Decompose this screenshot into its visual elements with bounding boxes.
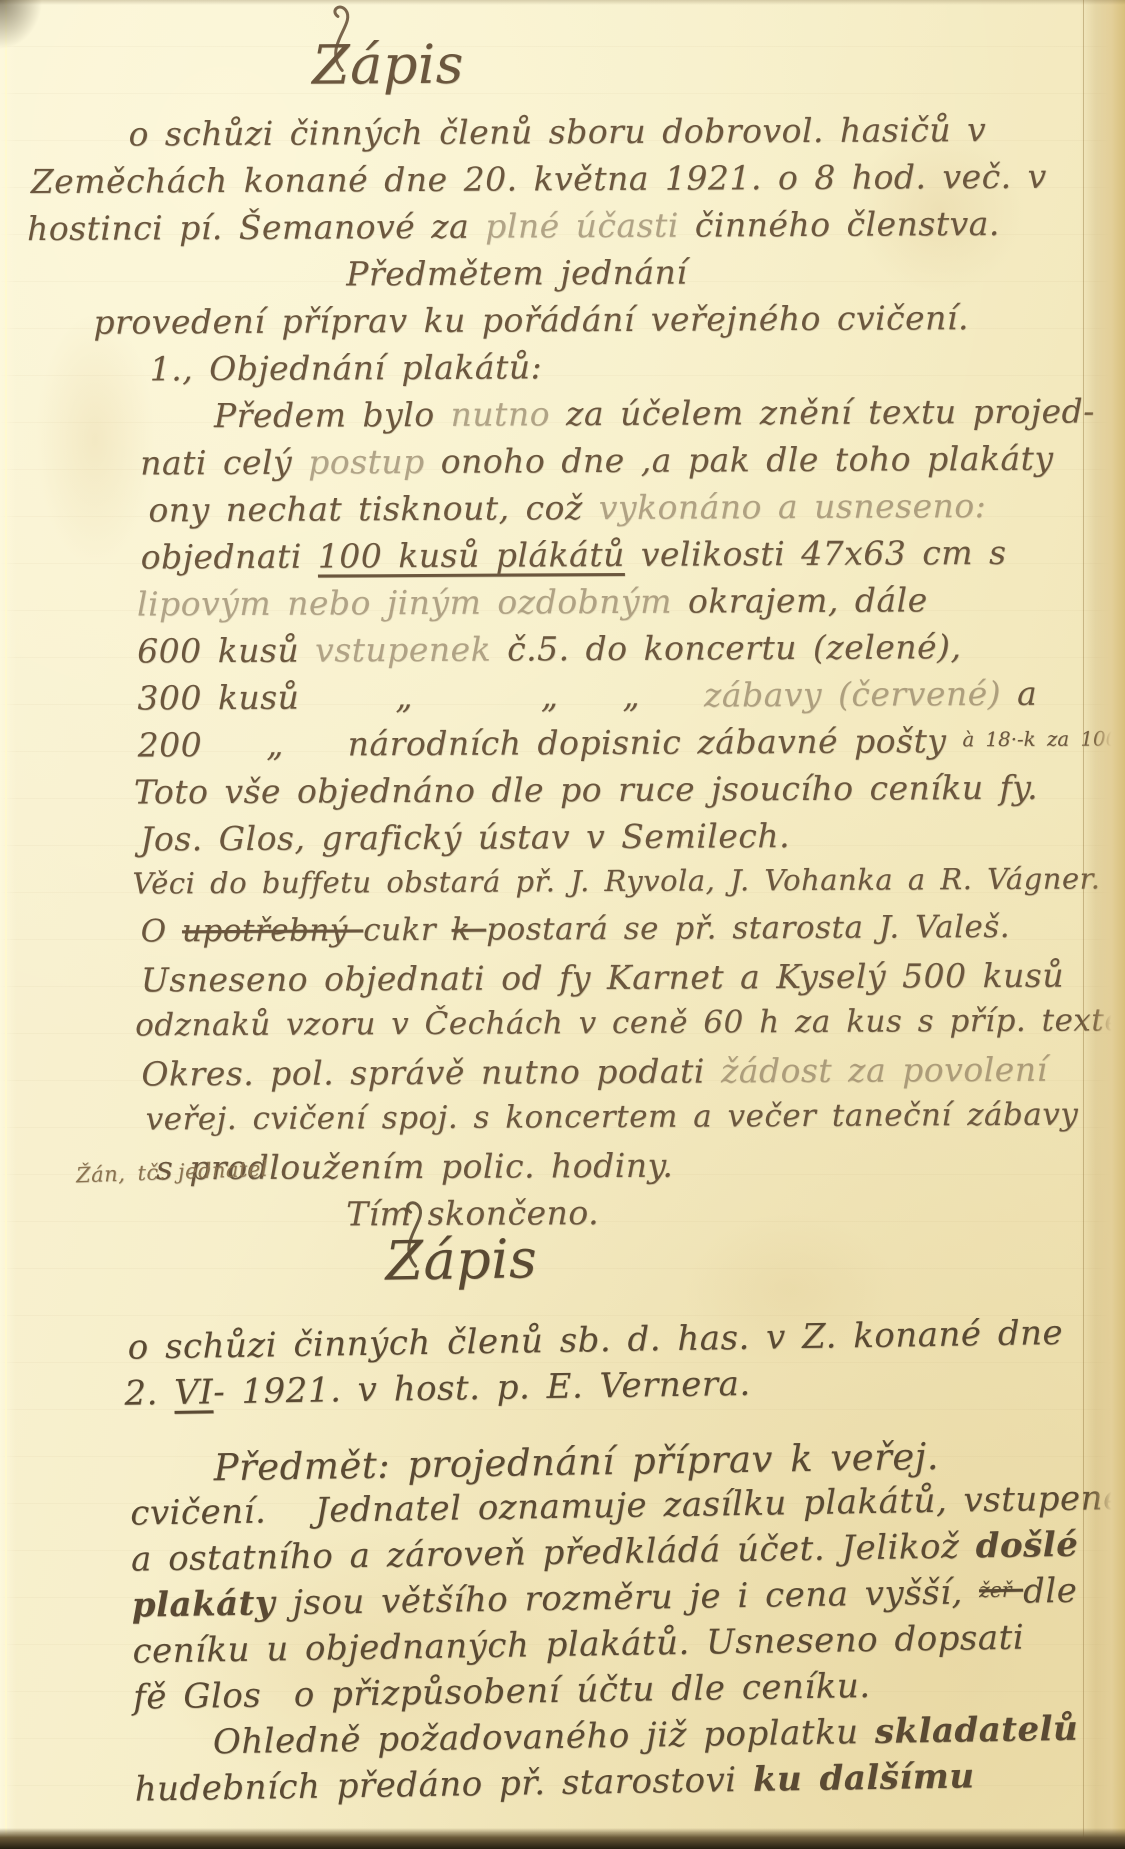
scanned-manuscript-page: Zápiso schůzi činných členů sboru dobrov… (0, 0, 1125, 1849)
line-segment: 2. (124, 1373, 174, 1414)
line-segment: vstupenek (315, 630, 507, 670)
line-segment: ony nechat tisknout, což (148, 488, 598, 529)
section-title: Zápis (312, 30, 1125, 96)
line-segment: vykonáno a usneseno: (599, 486, 987, 527)
minutes-entry-1921-05-20: Zápiso schůzi činných členů sboru dobrov… (0, 30, 1125, 1246)
line-segment: Toto vše objednáno dle po ruce jsoucího … (134, 768, 1038, 812)
line-segment: 1., Objednání plakátů: (150, 347, 543, 388)
line-segment: plakáty (132, 1583, 293, 1626)
page-right-binding-edge (1080, 0, 1125, 1849)
handwriting-line: Toto vše objednáno dle po ruce jsoucího … (134, 770, 1125, 822)
line-segment: nutno (451, 394, 567, 434)
line-segment: Věci do buffetu obstará př. J. Ryvola, J… (132, 861, 1100, 900)
page-corner-shadow (0, 0, 46, 60)
line-segment: (červené) (838, 674, 1017, 714)
line-segment: ku dalšímu (753, 1756, 975, 1799)
line-segment: a (1017, 674, 1037, 713)
line-segment: Jos. Glos, grafický ústav v Semilech. (140, 816, 790, 858)
handwriting-line: lipovým nebo jiným ozdobným okrajem, dál… (137, 582, 1125, 634)
page-left-edge-highlight (5, 0, 7, 1849)
line-segment: O (141, 913, 182, 949)
line-segment: plné účasti (485, 206, 695, 246)
line-segment: veřej. cvičení spoj. s koncertem a večer… (146, 1097, 1079, 1138)
page-top-shadow (0, 0, 1125, 5)
line-segment: cukr (363, 912, 451, 948)
line-segment: velikosti 47x63 cm s (625, 533, 1007, 574)
line-segment: žádost za povolení (721, 1050, 1048, 1091)
line-segment: dle (1023, 1571, 1078, 1612)
line-segment: 300 kusů „ „ „ (137, 676, 704, 718)
line-segment: za účelem znění textu projed- (566, 391, 1095, 433)
manuscript-layer: Zápiso schůzi činných členů sboru dobrov… (0, 0, 1125, 1849)
line-segment: 200 „ národních dopisnic zábavné pošty (138, 721, 963, 764)
line-segment: VI (174, 1372, 214, 1413)
line-segment: upotřebný (182, 912, 363, 949)
line-segment: došlé (975, 1525, 1078, 1567)
line-segment: Okres. pol. správě nutno podati (141, 1051, 721, 1093)
handwriting-line: hostinci pí. Šemanové za plné účasti čin… (27, 206, 1125, 259)
section-title: Zápis (385, 1219, 1125, 1293)
handwriting-line: veřej. cvičení spoj. s koncertem a večer… (146, 1099, 1125, 1151)
line-segment: postup (308, 442, 441, 482)
line-segment: nati celý (140, 443, 308, 483)
line-segment: ozdobným (497, 582, 688, 622)
page-bottom-edge (0, 1828, 1125, 1849)
line-segment: onoho dne ,a pak dle toho plakáty (441, 439, 1054, 481)
line-segment: Předmět: projednání příprav k veřej. (213, 1435, 939, 1489)
line-segment: 600 kusů (137, 631, 315, 671)
line-segment: k (451, 912, 486, 948)
line-segment: hostinci pí. Šemanové za (27, 207, 485, 248)
line-segment: skladatelů (875, 1709, 1079, 1752)
line-segment: okrajem, dále (688, 580, 928, 620)
line-segment: Předem bylo (214, 395, 451, 435)
page-right-edge-line (1083, 0, 1084, 1849)
handwriting-line: s prodloužením polic. hodiny. (156, 1146, 1125, 1198)
line-segment: Usneseno objednati od fy Karnet a Kyselý… (141, 956, 1064, 1000)
line-segment: 100 kusů plákátů (318, 535, 625, 576)
pen-flourish-icon (392, 1200, 433, 1280)
handwriting-line: 300 kusů „ „ „ zábavy (červené) a (137, 676, 1125, 728)
line-segment: - 1921. v host. p. E. Vernera. (213, 1364, 751, 1412)
minutes-entry-1921-06-02: Zápiso schůzi činných členů sb. d. has. … (0, 1219, 1125, 1821)
line-segment: provedení příprav ku pořádání veřejného … (93, 298, 969, 342)
line-segment: žeř (979, 1577, 1023, 1602)
line-segment: č.5. do koncertu (zelené), (507, 627, 962, 668)
line-segment: odznaků vzoru v Čechách v ceně 60 h za k… (135, 1002, 1125, 1043)
line-segment: lipovým nebo jiným (137, 583, 498, 624)
line-segment: Předmětem jednání (346, 253, 687, 294)
line-segment: hudebních předáno př. starostovi (134, 1760, 753, 1810)
handwriting-line: provedení příprav ku pořádání veřejného … (93, 300, 1125, 352)
line-segment: objednati (141, 537, 318, 577)
line-segment: postará se př. starosta J. Valeš. (486, 909, 1010, 948)
handwriting-line: objednati 100 kusů plákátů velikosti 47x… (141, 535, 1125, 587)
page-left-edge (0, 0, 16, 1849)
pen-flourish-icon (320, 4, 360, 82)
line-segment: činného členstva. (695, 204, 1000, 245)
line-segment: zábavy (704, 675, 838, 715)
handwriting-line: Předmětem jednání (346, 253, 1125, 304)
line-segment: Zeměchách konané dne 20. května 1921. o … (31, 157, 1047, 201)
